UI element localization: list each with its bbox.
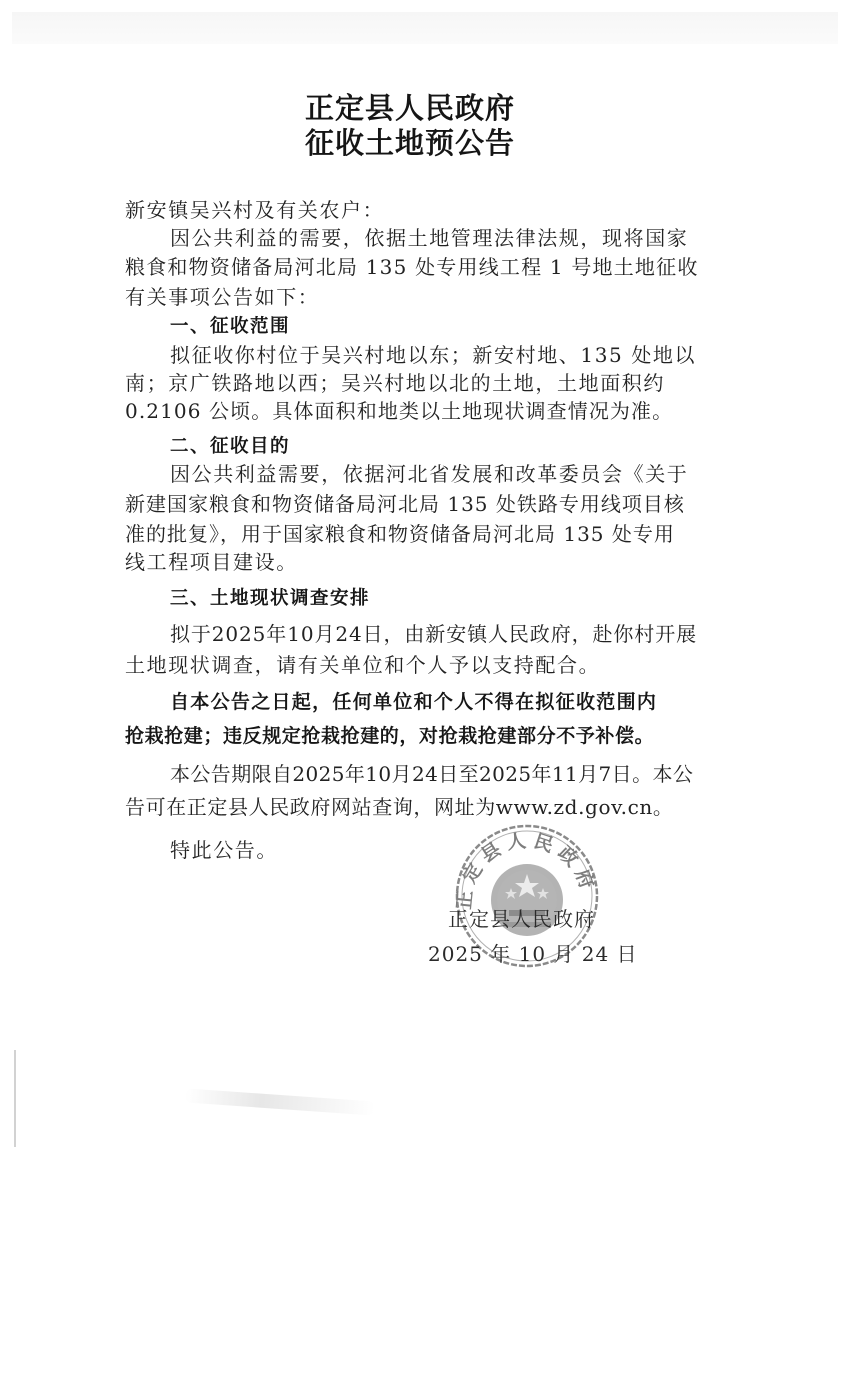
issuer-signature: 正定县人民政府 — [448, 903, 595, 932]
scan-edge-mark — [14, 1050, 16, 1147]
addressee: 新安镇吴兴村及有关农户： — [125, 198, 384, 222]
section-line: 因公共利益需要，依据河北省发展和改革委员会《关于 — [170, 462, 688, 486]
scan-edge-shadow — [12, 12, 838, 44]
document-title-line2: 征收土地预公告 — [0, 121, 820, 162]
section-line: 准的批复》，用于国家粮食和物资储备局河北局 135 处专用 — [125, 522, 675, 546]
section-line: 拟征收你村位于吴兴村地以东；新安村地、135 处地以 — [170, 343, 696, 367]
period-line: 告可在正定县人民政府网站查询，网址为www.zd.gov.cn。 — [125, 795, 673, 819]
warning-line: 抢栽抢建；违反规定抢栽抢建的，对抢栽抢建部分不予补偿。 — [125, 724, 654, 748]
section-line: 新建国家粮食和物资储备局河北局 135 处铁路专用线项目核 — [125, 492, 685, 516]
intro-line: 有关事项公告如下： — [125, 285, 319, 309]
period-line: 本公告期限自2025年10月24日至2025年11月7日。本公 — [170, 762, 693, 786]
section-line: 线工程项目建设。 — [125, 550, 298, 574]
closing-line: 特此公告。 — [170, 838, 278, 862]
section-line: 0.2106 公顷。具体面积和地类以土地现状调查情况为准。 — [125, 399, 673, 423]
section-line: 土地现状调查，请有关单位和个人予以支持配合。 — [125, 653, 600, 677]
intro-line: 因公共利益的需要，依据土地管理法律法规，现将国家 — [170, 226, 688, 250]
issue-date: 2025 年 10 月 24 日 — [428, 938, 638, 967]
intro-line: 粮食和物资储备局河北局 135 处专用线工程 1 号地土地征收 — [125, 255, 699, 279]
section-heading-survey: 三、土地现状调查安排 — [170, 587, 370, 611]
section-line: 南；京广铁路地以西；吴兴村地以北的土地，土地面积约 — [125, 371, 665, 395]
section-heading-purpose: 二、征收目的 — [170, 435, 290, 459]
section-line: 拟于2025年10月24日，由新安镇人民政府，赴你村开展 — [170, 622, 697, 646]
scan-smudge — [185, 1088, 376, 1115]
section-heading-scope: 一、征收范围 — [170, 315, 290, 339]
warning-line: 自本公告之日起，任何单位和个人不得在拟征收范围内 — [170, 690, 657, 714]
